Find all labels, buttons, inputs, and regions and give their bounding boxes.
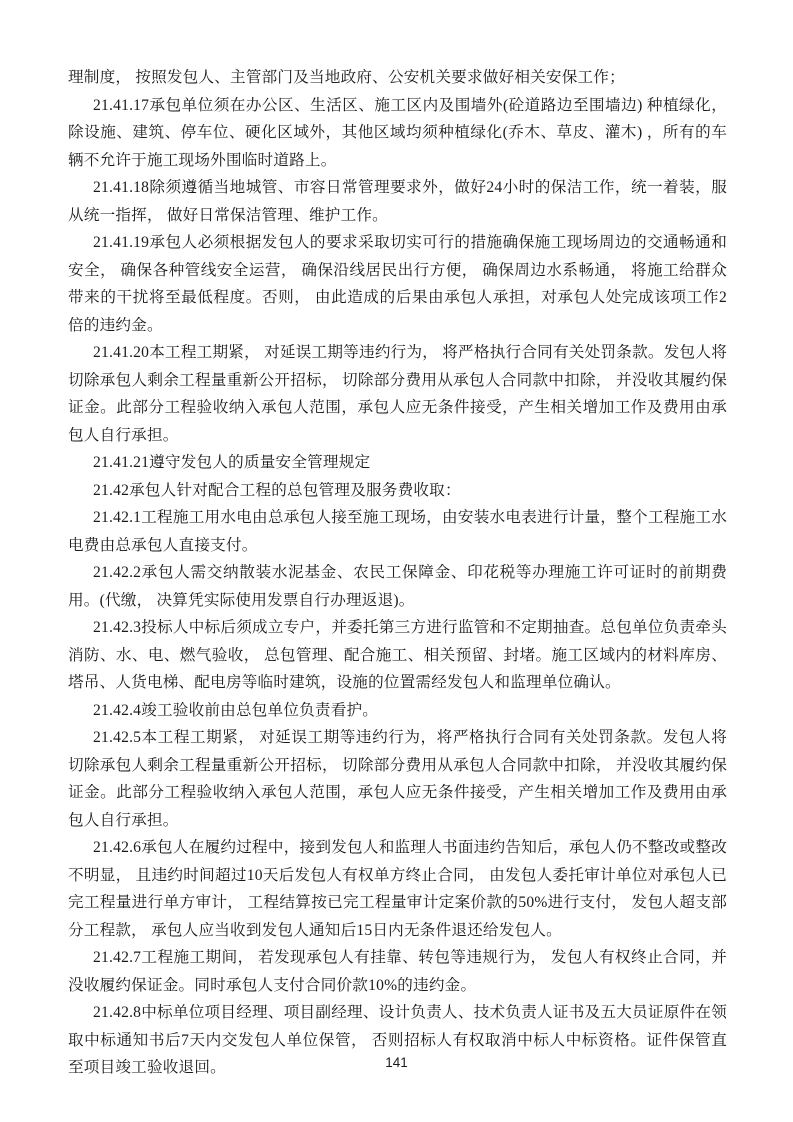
document-body: 理制度， 按照发包人、主管部门及当地政府、公安机关要求做好相关安保工作； 21.… xyxy=(68,64,727,1082)
clause-21-42-1: 21.42.1工程施工用水电由总承包人接至施工现场，由安装水电表进行计量，整个工… xyxy=(68,504,727,559)
clause-21-42-4: 21.42.4竣工验收前由总包单位负责看护。 xyxy=(68,697,727,725)
page-footer: 141 xyxy=(0,1055,793,1070)
page-number: 141 xyxy=(385,1055,408,1070)
clause-21-41-17: 21.41.17承包单位须在办公区、生活区、施工区内及围墙外(砼道路边至围墙边)… xyxy=(68,92,727,175)
clause-21-42-3: 21.42.3投标人中标后须成立专户，并委托第三方进行监管和不定期抽查。总包单位… xyxy=(68,614,727,697)
clause-21-41-19: 21.41.19承包人必须根据发包人的要求采取切实可行的措施确保施工现场周边的交… xyxy=(68,229,727,339)
clause-21-42-6: 21.42.6承包人在履约过程中，接到发包人和监理人书面违约告知后，承包人仍不整… xyxy=(68,834,727,944)
clause-21-41-18: 21.41.18除须遵循当地城管、市容日常管理要求外，做好24小时的保洁工作，统… xyxy=(68,174,727,229)
clause-21-42-7: 21.42.7工程施工期间， 若发现承包人有挂靠、转包等违规行为， 发包人有权终… xyxy=(68,944,727,999)
clause-21-42-2: 21.42.2承包人需交纳散装水泥基金、农民工保障金、印花税等办理施工许可证时的… xyxy=(68,559,727,614)
clause-21-41-21: 21.41.21遵守发包人的质量安全管理规定 xyxy=(68,449,727,477)
clause-21-41-20: 21.41.20本工程工期紧， 对延误工期等违约行为， 将严格执行合同有关处罚条… xyxy=(68,339,727,449)
document-page: 理制度， 按照发包人、主管部门及当地政府、公安机关要求做好相关安保工作； 21.… xyxy=(0,0,793,1122)
clause-21-42: 21.42承包人针对配合工程的总包管理及服务费收取： xyxy=(68,477,727,505)
clause-21-42-5: 21.42.5本工程工期紧， 对延误工期等违约行为，将严格执行合同有关处罚条款。… xyxy=(68,724,727,834)
paragraph-continuation: 理制度， 按照发包人、主管部门及当地政府、公安机关要求做好相关安保工作； xyxy=(68,64,727,92)
